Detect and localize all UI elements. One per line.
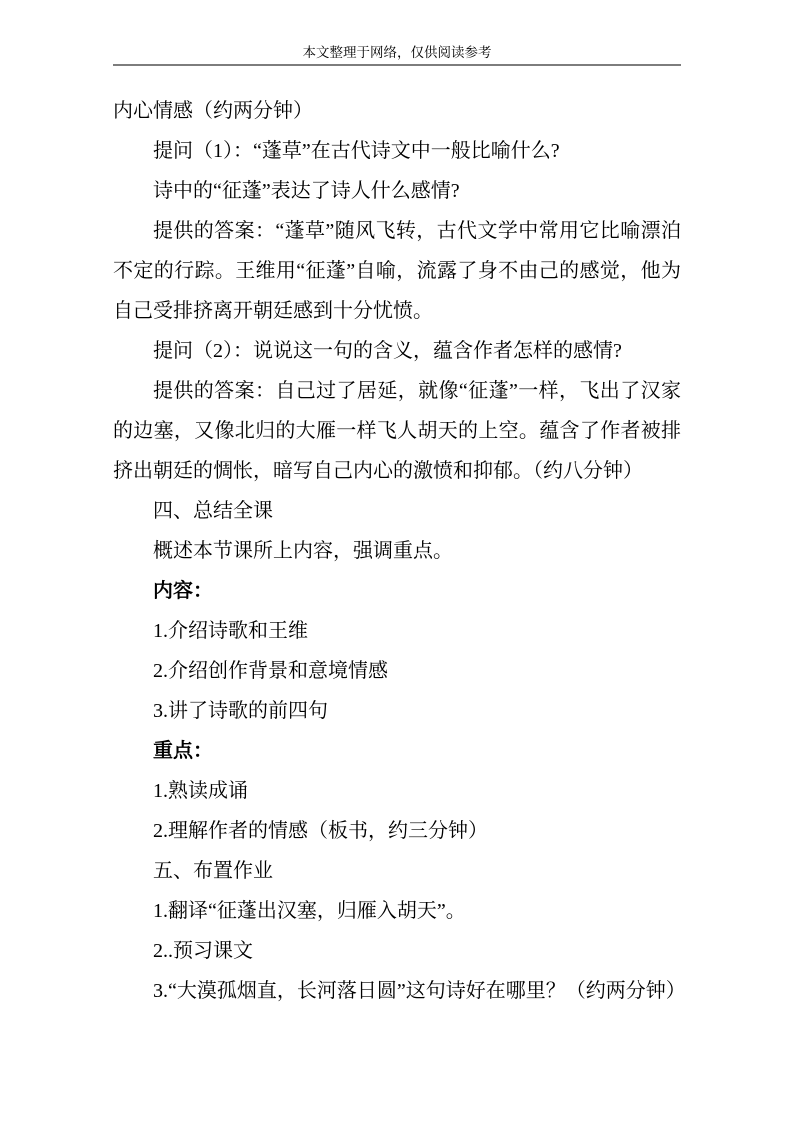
answer-paragraph: 提供的答案：“蓬草”随风飞转，古代文学中常用它比喻漂泊不定的行踪。王维用“征蓬”… [113, 211, 681, 331]
list-item: 2..预习课文 [113, 931, 681, 971]
list-item: 1.熟读成诵 [113, 771, 681, 811]
list-item: 1.介绍诗歌和王维 [113, 611, 681, 651]
list-item: 2.理解作者的情感（板书，约三分钟） [113, 811, 681, 851]
list-item: 3.讲了诗歌的前四句 [113, 691, 681, 731]
list-item: 2.介绍创作背景和意境情感 [113, 651, 681, 691]
list-item: 1.翻译“征蓬出汉塞，归雁入胡天”。 [113, 891, 681, 931]
question-paragraph: 提问（1）：“蓬草”在古代诗文中一般比喻什么? [113, 131, 681, 171]
body-paragraph: 概述本节课所上内容，强调重点。 [113, 531, 681, 571]
body-paragraph-continued: 内心情感（约两分钟） [113, 91, 681, 131]
list-item: 3.“大漠孤烟直，长河落日圆”这句诗好在哪里？（约两分钟） [113, 971, 681, 1011]
document-body: 内心情感（约两分钟）提问（1）：“蓬草”在古代诗文中一般比喻什么?诗中的“征蓬”… [113, 66, 681, 1011]
answer-paragraph: 提供的答案：自己过了居延，就像“征蓬”一样，飞出了汉家的边塞，又像北归的大雁一样… [113, 371, 681, 491]
page-header: 本文整理于网络，仅供阅读参考 [113, 0, 681, 66]
section-heading: 四、总结全课 [113, 491, 681, 531]
section-heading: 五、布置作业 [113, 851, 681, 891]
document-page: 本文整理于网络，仅供阅读参考 内心情感（约两分钟）提问（1）：“蓬草”在古代诗文… [0, 0, 794, 1123]
question-paragraph: 提问（2）：说说这一句的含义，蕴含作者怎样的感情? [113, 331, 681, 371]
header-disclaimer-text: 本文整理于网络，仅供阅读参考 [113, 44, 681, 62]
subsection-label: 重点： [113, 731, 681, 771]
subsection-label: 内容： [113, 571, 681, 611]
question-paragraph: 诗中的“征蓬”表达了诗人什么感情? [113, 171, 681, 211]
